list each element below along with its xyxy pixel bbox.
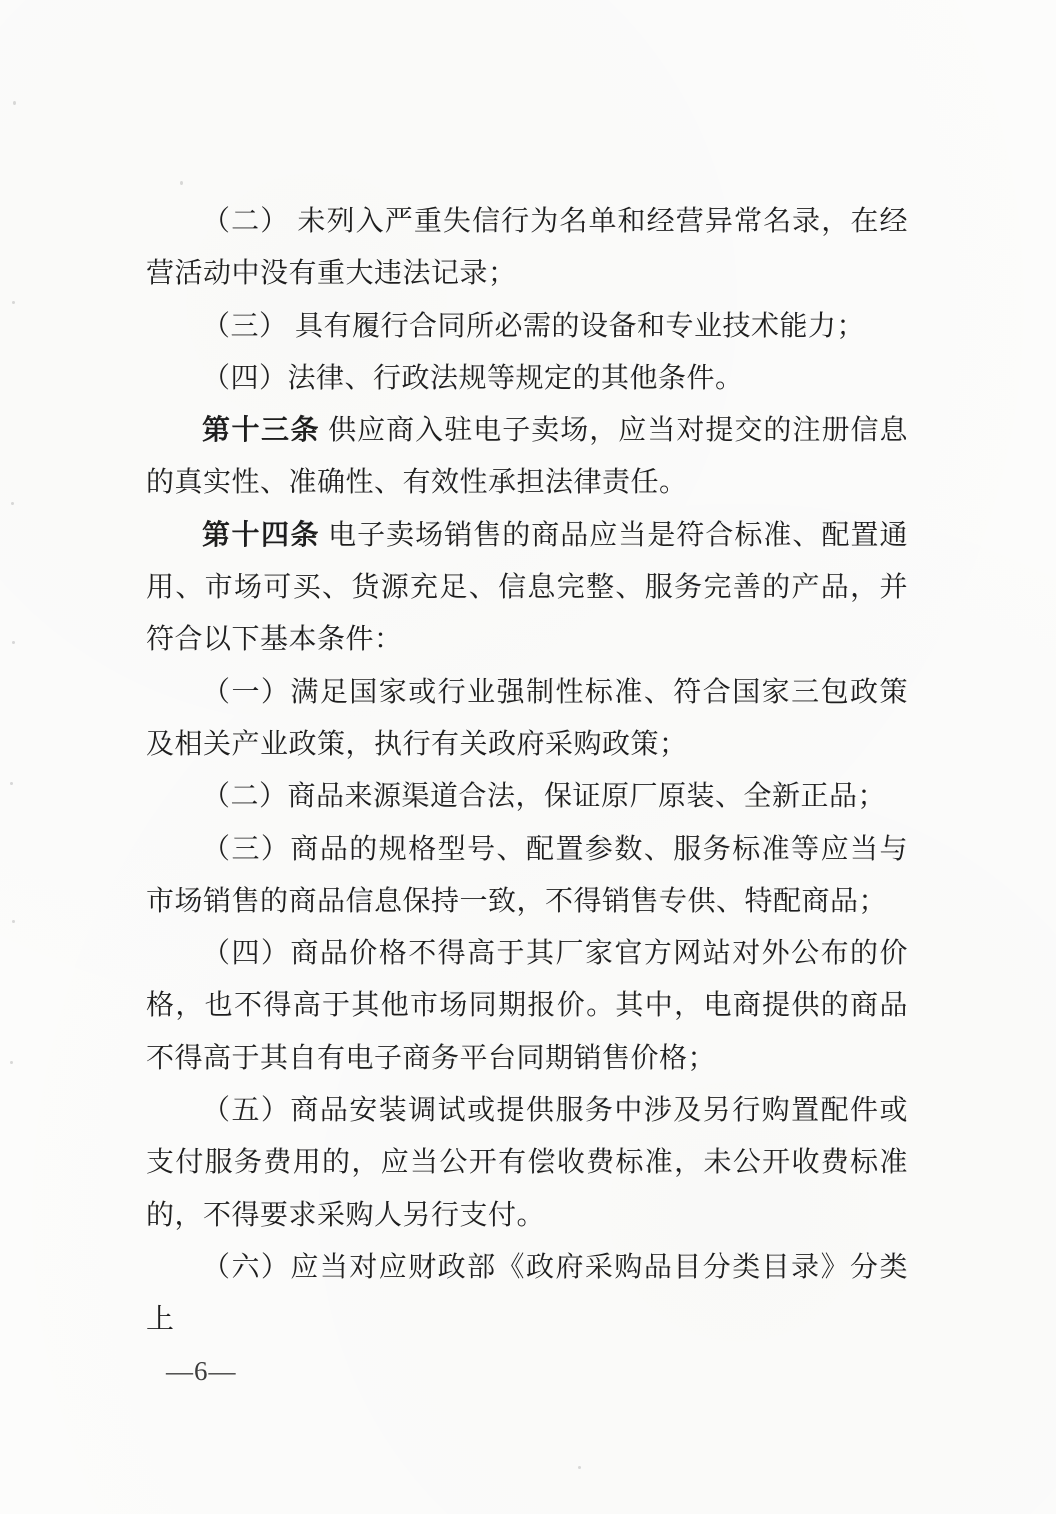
scan-speck (11, 502, 14, 505)
document-page: （二） 未列入严重失信行为名单和经营异常名录，在经营活动中没有重大违法记录；（三… (0, 0, 1056, 1514)
paragraph: （三）商品的规格型号、配置参数、服务标准等应当与市场销售的商品信息保持一致，不得… (146, 824, 908, 929)
paragraph: （五）商品安装调试或提供服务中涉及另行购置配件或支付服务费用的，应当公开有偿收费… (146, 1085, 908, 1242)
article-number: 第十四条 (202, 520, 320, 551)
paragraph: （四）商品价格不得高于其厂家官方网站对外公布的价格，也不得高于其他市场同期报价。… (146, 928, 908, 1085)
paragraph: （一）满足国家或行业强制性标准、符合国家三包政策及相关产业政策，执行有关政府采购… (146, 667, 908, 772)
scan-speck (12, 641, 15, 644)
paragraph: （六）应当对应财政部《政府采购品目分类目录》分类上 (146, 1242, 908, 1347)
scan-speck (10, 1061, 13, 1064)
paragraph: 第十三条 供应商入驻电子卖场，应当对提交的注册信息的真实性、准确性、有效性承担法… (146, 405, 908, 510)
scan-speck (12, 920, 15, 923)
doc-body: （二） 未列入严重失信行为名单和经营异常名录，在经营活动中没有重大违法记录；（三… (146, 196, 908, 1347)
paragraph: （四）法律、行政法规等规定的其他条件。 (146, 353, 908, 405)
article-number: 第十三条 (202, 415, 320, 446)
scan-speck (578, 1466, 581, 1469)
paragraph: （二）商品来源渠道合法，保证原厂原装、全新正品； (146, 771, 908, 823)
paragraph: （二） 未列入严重失信行为名单和经营异常名录，在经营活动中没有重大违法记录； (146, 196, 908, 301)
paragraph: 第十四条 电子卖场销售的商品应当是符合标准、配置通用、市场可买、货源充足、信息完… (146, 510, 908, 667)
scan-speck (10, 782, 13, 785)
scan-speck (12, 301, 15, 304)
paragraph: （三） 具有履行合同所必需的设备和专业技术能力； (146, 301, 908, 353)
scan-speck (180, 181, 183, 185)
scan-speck (13, 101, 16, 105)
page-number: —6— (166, 1356, 237, 1387)
